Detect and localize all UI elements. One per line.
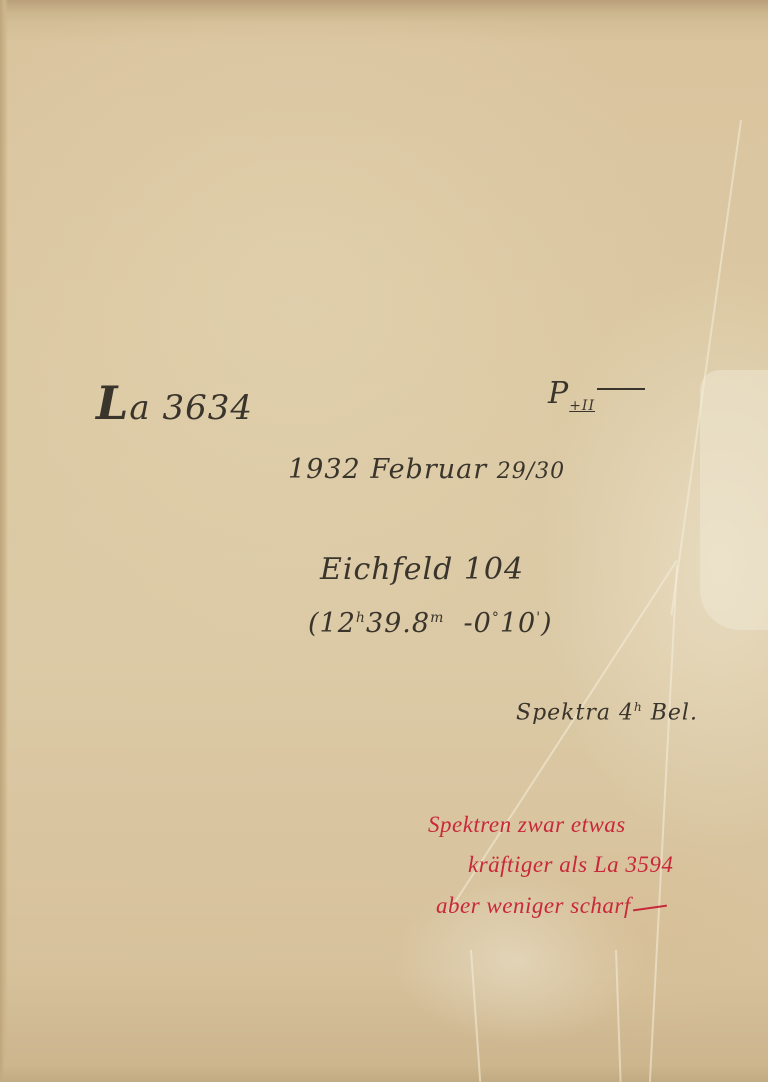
- red-annotation-line-2: kräftiger als La 3594: [468, 852, 673, 878]
- plate-prefix-rest: a: [129, 388, 150, 428]
- paper-crease: [470, 950, 482, 1082]
- paper-left-edge: [0, 0, 8, 1082]
- exposure-count: 4: [619, 700, 634, 725]
- ra-hours: 12: [320, 608, 356, 639]
- field-name: Eichfeld: [320, 552, 453, 587]
- date-year: 1932: [288, 454, 361, 485]
- plate-number: 3634: [162, 388, 253, 428]
- plate-type-sub: +II: [569, 398, 595, 414]
- paren-close: ): [541, 608, 553, 639]
- exposure-note: Spektra 4h Bel.: [516, 700, 698, 725]
- exposure-suffix: Bel.: [651, 700, 698, 725]
- plate-type-main: P: [548, 376, 569, 411]
- red-annotation-line-1: Spektren zwar etwas: [428, 812, 626, 838]
- plate-id: La 3634: [96, 376, 253, 430]
- observation-date: 1932 Februar 29/30: [288, 454, 565, 485]
- plate-type-overline: [597, 388, 645, 390]
- paper-top-edge: [0, 0, 768, 22]
- exposure-text: Spektra: [516, 700, 611, 725]
- ra-hours-unit: h: [356, 610, 366, 626]
- plate-prefix: L: [96, 376, 129, 430]
- dec-minutes: 10: [500, 608, 536, 639]
- pen-stroke-tail: [633, 904, 667, 911]
- date-days: 29/30: [497, 459, 565, 484]
- field-label: Eichfeld 104: [320, 552, 524, 587]
- paper-light-patch: [700, 370, 768, 630]
- coordinates: (12h39.8m -0°10'): [308, 608, 553, 639]
- dec-degrees-unit: °: [492, 610, 500, 626]
- paren-open: (: [308, 608, 320, 639]
- plate-envelope-scan: La 3634 P+II 1932 Februar 29/30 Eichfeld…: [0, 0, 768, 1082]
- red-annotation-line-3-text: aber weniger scharf: [436, 893, 631, 918]
- field-number: 104: [464, 552, 524, 587]
- exposure-unit: h: [634, 700, 643, 714]
- plate-type: P+II: [548, 376, 645, 414]
- ra-minutes: 39.8: [366, 608, 430, 639]
- dec-degrees: -0: [464, 608, 492, 639]
- paper-bottom-edge: [0, 1066, 768, 1082]
- paper-crease: [615, 950, 621, 1082]
- ra-minutes-unit: m: [430, 610, 444, 626]
- date-month: Februar: [370, 454, 487, 485]
- red-annotation-line-3: aber weniger scharf: [436, 893, 667, 919]
- paper-crease: [649, 565, 678, 1082]
